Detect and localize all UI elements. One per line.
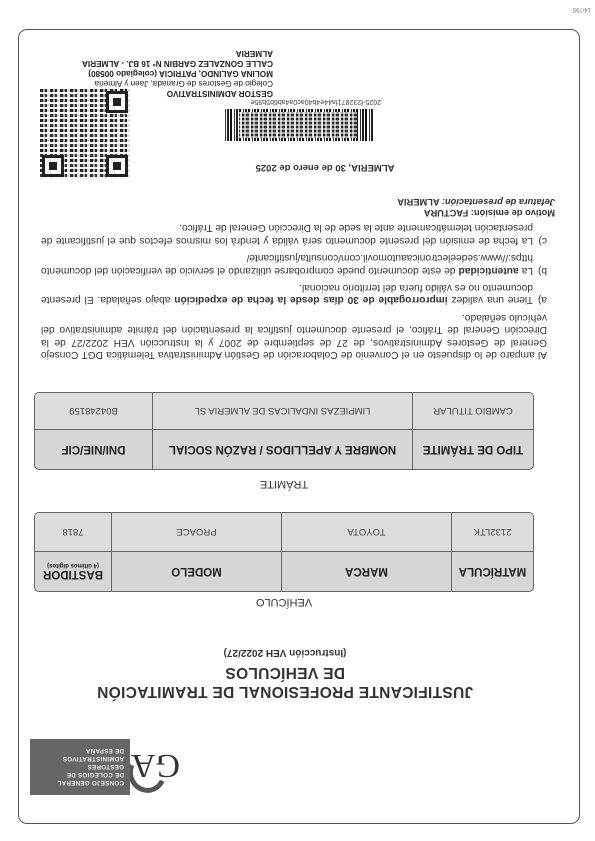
gestor-title: GESTOR ADMINISTRATIVO: [41, 88, 273, 98]
qr-code-icon: [40, 89, 130, 179]
ga-logo-icon: GA: [130, 739, 180, 791]
cgcga-logo: GA CONSEJO GENERAL DE COLEGIOS DE GESTOR…: [30, 737, 180, 795]
logo-line: DE COLEGIOS DE: [30, 770, 124, 778]
gestor-info: GESTOR ADMINISTRATIVO Colegio de Gestore…: [41, 48, 273, 98]
procedure-table-header: TIPO DE TRÁMITE NOMBRE Y APELLIDOS / RAZ…: [35, 429, 533, 469]
gestor-college: Colegio de Gestores de Granada, Jaen y A…: [41, 78, 273, 88]
motivo-line: Motivo de emisión: FACTURA: [397, 207, 555, 218]
verification-code: 2025-f232871fa44e4b40ac0a4ab6b5b95e: [211, 98, 381, 105]
jefatura-label: Jefatura de presentación:: [442, 197, 555, 207]
clause-c-text: La fecha de emisión del presente documen…: [41, 221, 533, 246]
jefatura-value: ALMERIA: [397, 197, 439, 207]
logo-line: ADMINISTRATIVOS: [30, 754, 124, 762]
document-subtitle: (Instrucción VEH 2022/27): [35, 647, 535, 658]
logo-line: CONSEJO GENERAL: [30, 778, 124, 786]
vehicle-table-row: 2132LTK TOYOTA PROACE 7818: [35, 513, 533, 551]
procedure-table-row: CAMBIO TITULAR LIMPIEZAS INDALICAS DE AL…: [35, 393, 533, 429]
logo-line: GESTORES: [30, 762, 124, 770]
header-bastidor-label: BASTIDOR: [43, 569, 103, 581]
header-dni: DNI/NIE/CIF: [35, 429, 152, 469]
gestor-address: CALLE GONZALEZ GARBIN Nº 16 BJ. - ALMERI…: [41, 58, 273, 68]
value-modelo: PROACE: [111, 513, 281, 551]
motivo-label: Motivo de emisión:: [471, 208, 555, 218]
barcode-pattern: [239, 112, 357, 138]
header-marca: MARCA: [281, 551, 451, 591]
value-dni: B04248159: [35, 393, 152, 429]
gestor-city: ALMERIA: [41, 48, 273, 58]
clause-a-text: Tiene una validez improrrogable de 30 dí…: [41, 281, 533, 306]
value-bastidor: 7818: [35, 513, 111, 551]
gestor-name: MOLINA GALINDO, PATRICIA (colegiado 0058…: [41, 68, 273, 78]
clause-c-label: c): [533, 221, 547, 246]
title-line-1: JUSTIFICANTE PROFESIONAL DE TRAMITACIÓN: [35, 682, 535, 701]
value-tipo-tramite: CAMBIO TITULAR: [412, 393, 533, 429]
header-modelo: MODELO: [111, 551, 281, 591]
clause-b-text: La autenticidad de este documento puede …: [41, 251, 533, 276]
procedure-table: TIPO DE TRÁMITE NOMBRE Y APELLIDOS / RAZ…: [34, 392, 534, 470]
header-tipo-tramite: TIPO DE TRÁMITE: [412, 429, 533, 469]
qr-finder: [106, 155, 128, 177]
motivo-value: FACTURA: [424, 208, 468, 218]
clause-a: a) Tiene una validez improrrogable de 30…: [41, 281, 547, 306]
clause-b-pre: La: [519, 265, 533, 276]
place-date: ALMERIA, 30 de enero de 2025: [225, 162, 425, 173]
vehicle-section-label: VEHÍCULO: [34, 596, 534, 608]
intro-paragraph: Al amparo de lo dispuesto en el Convenio…: [41, 310, 547, 360]
procedure-section-label: TRÁMITE: [34, 478, 534, 490]
vehicle-table: MATRÍCULA MARCA MODELO BASTIDOR (4 últim…: [34, 512, 534, 592]
header-bastidor: BASTIDOR (4 últimos dígitos): [35, 551, 111, 591]
header-matricula: MATRÍCULA: [451, 551, 533, 591]
value-marca: TOYOTA: [281, 513, 451, 551]
vehicle-table-header: MATRÍCULA MARCA MODELO BASTIDOR (4 últim…: [35, 551, 533, 591]
qr-finder: [42, 155, 64, 177]
header-bastidor-note: (4 últimos dígitos): [47, 563, 99, 569]
clause-a-bold: improrrogable de 30 días desde la fecha …: [174, 294, 447, 305]
jefatura-line: Jefatura de presentación: ALMERIA: [397, 196, 555, 207]
clause-a-pre: Tiene una validez: [448, 294, 533, 305]
body-text: Al amparo de lo dispuesto en el Convenio…: [41, 216, 547, 360]
document-page: 14/795 GA CONSEJO GENERAL DE COLEGIOS DE…: [0, 0, 595, 841]
logo-line: DE ESPAÑA: [30, 746, 124, 754]
header-nombre: NOMBRE Y APELLIDOS / RAZÓN SOCIAL: [152, 429, 412, 469]
clause-b: b) La autenticidad de este documento pue…: [41, 251, 547, 276]
clause-b-bold: autenticidad: [459, 265, 519, 276]
value-matricula: 2132LTK: [451, 513, 533, 551]
clause-c: c) La fecha de emisión del presente docu…: [41, 221, 547, 246]
corner-code: 14/795: [573, 6, 591, 12]
emission-meta: Motivo de emisión: FACTURA Jefatura de p…: [397, 196, 555, 218]
document-title: JUSTIFICANTE PROFESIONAL DE TRAMITACIÓN …: [35, 663, 535, 701]
clause-a-label: a): [533, 281, 547, 306]
value-nombre: LIMPIEZAS INDALICAS DE ALMERIA SL: [152, 393, 412, 429]
title-line-2: DE VEHÍCULOS: [35, 663, 535, 682]
clause-b-label: b): [533, 251, 547, 276]
logo-org-name: CONSEJO GENERAL DE COLEGIOS DE GESTORES …: [30, 739, 130, 795]
